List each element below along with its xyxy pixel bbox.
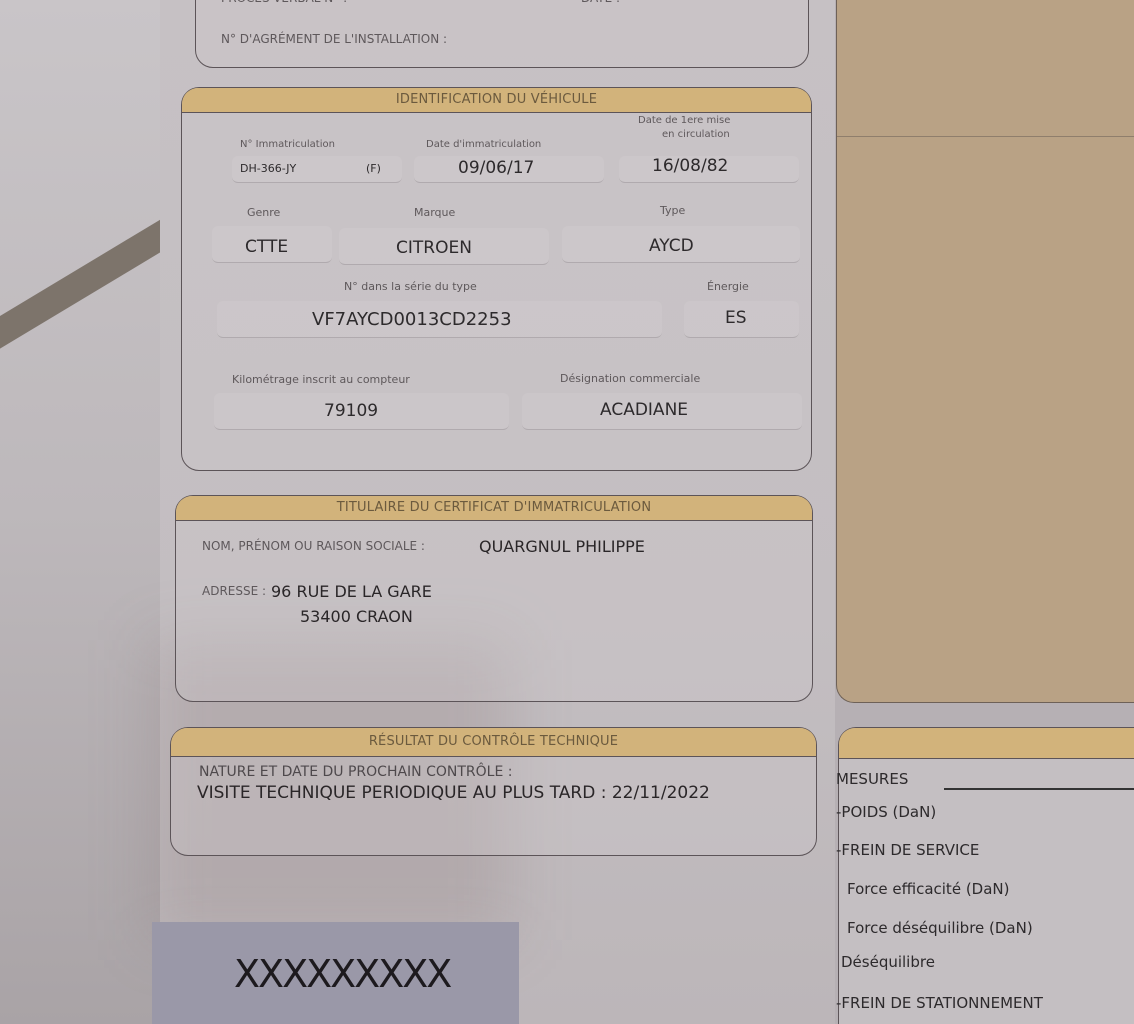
marque-value: CITROEN xyxy=(396,238,472,258)
km-value: 79109 xyxy=(324,401,378,421)
energie-label: Énergie xyxy=(707,280,749,293)
address-label: ADRESSE : xyxy=(202,584,266,598)
date-label: DATE : xyxy=(581,0,620,5)
holder-section-title: TITULAIRE DU CERTIFICAT D'IMMATRICULATIO… xyxy=(176,496,812,521)
immatriculation-value: DH-366-JY xyxy=(240,162,296,175)
measures-title: MESURES xyxy=(836,770,908,788)
vehicle-identification-box: IDENTIFICATION DU VÉHICULE N° Immatricul… xyxy=(181,87,812,471)
designation-label: Désignation commerciale xyxy=(560,372,700,385)
serie-value: VF7AYCD0013CD2253 xyxy=(312,309,512,330)
redacted-stamp: XXXXXXXXX xyxy=(152,922,519,1024)
holder-name-label: NOM, PRÉNOM OU RAISON SOCIALE : xyxy=(202,539,425,553)
address-line2: 53400 CRAON xyxy=(300,607,413,626)
date-immat-label: Date d'immatriculation xyxy=(426,139,541,150)
measures-box: MESURES -POIDS (DaN) -FREIN DE SERVICE F… xyxy=(838,727,1134,1024)
address-line1: 96 RUE DE LA GARE xyxy=(271,582,432,601)
report-header-box: PROCÈS-VERBAL N° : DATE : N° D'AGRÉMENT … xyxy=(195,0,809,68)
date-first-label-2: en circulation xyxy=(662,129,730,140)
background-left xyxy=(0,0,175,1024)
measure-item: -POIDS (DaN) xyxy=(836,803,936,821)
vehicle-section-title: IDENTIFICATION DU VÉHICULE xyxy=(182,88,811,113)
genre-value: CTTE xyxy=(245,237,288,257)
date-first-value: 16/08/82 xyxy=(652,156,728,176)
result-section-title: RÉSULTAT DU CONTRÔLE TECHNIQUE xyxy=(171,728,816,757)
proces-verbal-label: PROCÈS-VERBAL N° : xyxy=(221,0,347,5)
measure-item: -FREIN DE STATIONNEMENT xyxy=(836,994,1043,1012)
date-immat-value: 09/06/17 xyxy=(458,158,534,178)
measures-underline xyxy=(944,788,1134,790)
paper-fold xyxy=(837,136,1134,137)
country-code: (F) xyxy=(366,162,381,175)
genre-label: Genre xyxy=(247,206,280,219)
holder-box: TITULAIRE DU CERTIFICAT D'IMMATRICULATIO… xyxy=(175,495,813,702)
designation-value: ACADIANE xyxy=(600,400,688,420)
type-value: AYCD xyxy=(649,236,694,256)
km-label: Kilométrage inscrit au compteur xyxy=(232,373,410,386)
measure-item: Force déséquilibre (DaN) xyxy=(847,919,1033,937)
measure-item: Force efficacité (DaN) xyxy=(847,880,1009,898)
measure-item: Déséquilibre xyxy=(841,953,935,971)
next-control-label: NATURE ET DATE DU PROCHAIN CONTRÔLE : xyxy=(199,764,512,780)
measures-header xyxy=(839,728,1134,759)
next-control-value: VISITE TECHNIQUE PERIODIQUE AU PLUS TARD… xyxy=(197,783,710,803)
serie-label: N° dans la série du type xyxy=(344,280,477,293)
measure-item: -FREIN DE SERVICE xyxy=(836,841,979,859)
energie-value: ES xyxy=(725,308,747,328)
holder-name-value: QUARGNUL PHILIPPE xyxy=(479,537,645,556)
marque-label: Marque xyxy=(414,206,455,219)
immatriculation-label: N° Immatriculation xyxy=(240,139,335,150)
redacted-text: XXXXXXXXX xyxy=(234,952,450,996)
result-box: RÉSULTAT DU CONTRÔLE TECHNIQUE NATURE ET… xyxy=(170,727,817,856)
right-colored-panel xyxy=(836,0,1134,703)
type-label: Type xyxy=(660,204,685,217)
date-first-label-1: Date de 1ere mise xyxy=(638,115,730,126)
agrement-label: N° D'AGRÉMENT DE L'INSTALLATION : xyxy=(221,32,447,46)
